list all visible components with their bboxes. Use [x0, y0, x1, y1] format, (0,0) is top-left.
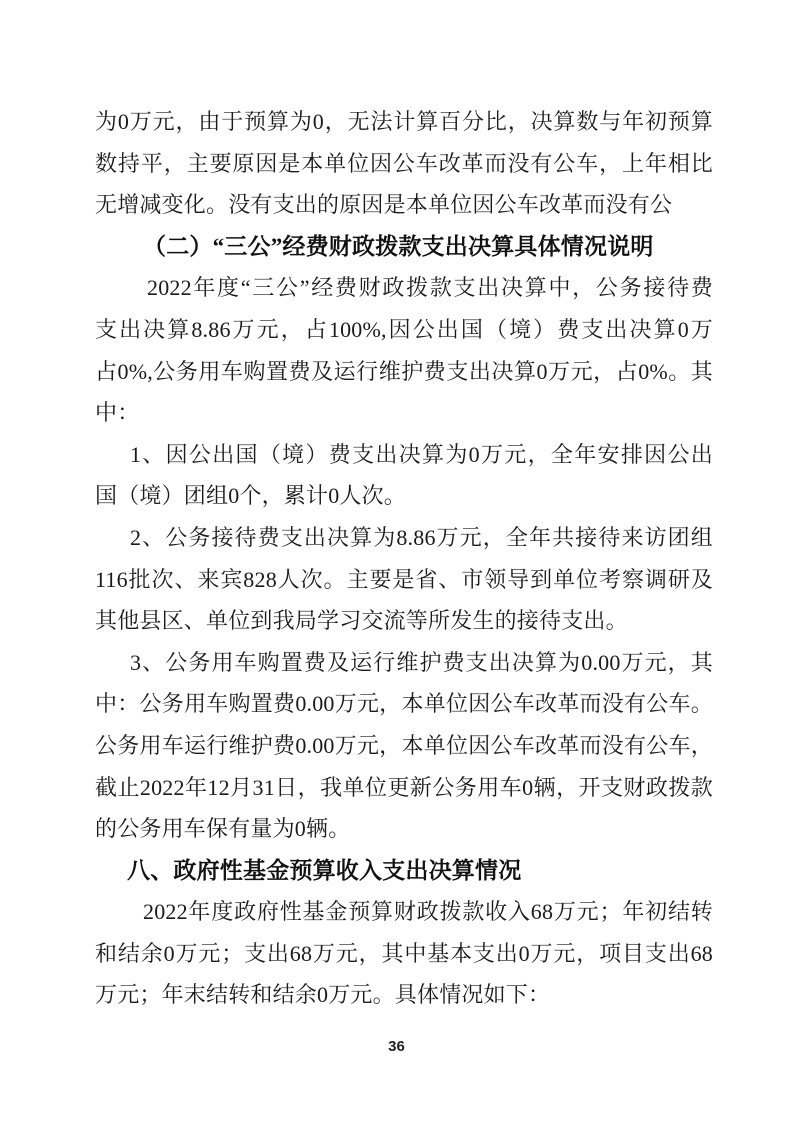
paragraph-numbered: 1、因公出国（境）费支出决算为0万元，全年安排因公出国（境）团组0个，累计0人次… [95, 434, 713, 517]
paragraph-heading-kai: （二）“三公”经费财政拨款支出决算具体情况说明 [95, 226, 713, 268]
text-line: 和结余0万元；支出68万元，其中基本支出0万元，项目支出68 [95, 933, 713, 975]
text-line: 2022年度政府性基金预算财政拨款收入68万元；年初结转 [95, 891, 713, 933]
text-line: 2022年度“三公”经费财政拨款支出决算中，公务接待费 [95, 267, 713, 309]
text-line: 的公务用车保有量为0辆。 [95, 808, 713, 850]
text-line: 其他县区、单位到我局学习交流等所发生的接待支出。 [95, 600, 713, 642]
paragraph-heading-hei: 八、政府性基金预算收入支出决算情况 [95, 850, 713, 892]
paragraph-continuation: 为0万元，由于预算为0，无法计算百分比，决算数与年初预算数持平，主要原因是本单位… [95, 101, 713, 226]
paragraph-body-main: 2022年度“三公”经费财政拨款支出决算中，公务接待费支出决算8.86万元，占1… [95, 267, 713, 433]
text-line: 万元；年末结转和结余0万元。具体情况如下： [95, 974, 713, 1016]
paragraph-numbered: 2、公务接待费支出决算为8.86万元，全年共接待来访团组116批次、来宾828人… [95, 517, 713, 642]
text-line: 中：公务用车购置费0.00万元，本单位因公车改革而没有公车。 [95, 683, 713, 725]
text-line: 占0%,公务用车购置费及运行维护费支出决算0万元，占0%。其 [95, 351, 713, 393]
paragraph-body-fund: 2022年度政府性基金预算财政拨款收入68万元；年初结转和结余0万元；支出68万… [95, 891, 713, 1016]
text-line: 截止2022年12月31日，我单位更新公务用车0辆，开支财政拨款 [95, 767, 713, 809]
document-body: 为0万元，由于预算为0，无法计算百分比，决算数与年初预算数持平，主要原因是本单位… [95, 101, 713, 1016]
text-line: 3、公务用车购置费及运行维护费支出决算为0.00万元，其 [95, 642, 713, 684]
text-line: 八、政府性基金预算收入支出决算情况 [95, 850, 713, 892]
text-line: 2、公务接待费支出决算为8.86万元，全年共接待来访团组 [95, 517, 713, 559]
page-number: 36 [0, 1038, 793, 1055]
text-line: （二）“三公”经费财政拨款支出决算具体情况说明 [95, 226, 713, 268]
text-line: 国（境）团组0个，累计0人次。 [95, 475, 713, 517]
text-line: 1、因公出国（境）费支出决算为0万元，全年安排因公出 [95, 434, 713, 476]
text-line: 无增减变化。没有支出的原因是本单位因公车改革而没有公车。 [95, 184, 713, 226]
paragraph-numbered: 3、公务用车购置费及运行维护费支出决算为0.00万元，其中：公务用车购置费0.0… [95, 642, 713, 850]
text-line: 数持平，主要原因是本单位因公车改革而没有公车，上年相比 [95, 143, 713, 185]
text-line: 116批次、来宾828人次。主要是省、市领导到单位考察调研及 [95, 559, 713, 601]
text-line: 公务用车运行维护费0.00万元，本单位因公车改革而没有公车， [95, 725, 713, 767]
text-line: 为0万元，由于预算为0，无法计算百分比，决算数与年初预算 [95, 101, 713, 143]
document-page: 为0万元，由于预算为0，无法计算百分比，决算数与年初预算数持平，主要原因是本单位… [0, 0, 793, 1122]
text-line: 支出决算8.86万元，占100%,因公出国（境）费支出决算0万元， [95, 309, 713, 351]
text-line: 中： [95, 392, 713, 434]
